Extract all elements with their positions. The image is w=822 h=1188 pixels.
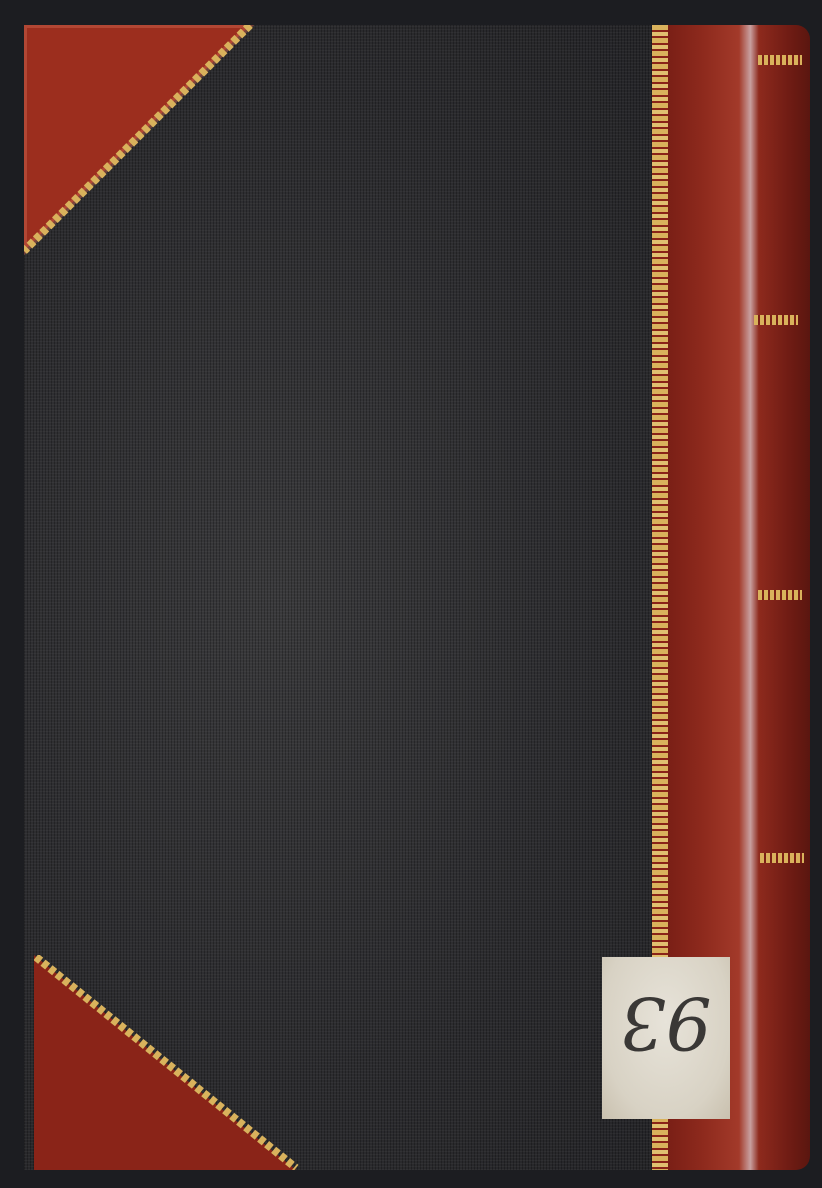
leather-corner-top-left — [24, 25, 256, 257]
book-cover: 93 — [24, 25, 810, 1170]
label-number: 93 — [620, 981, 712, 1065]
gilt-band — [758, 590, 802, 600]
shelf-label: 93 — [602, 957, 730, 1119]
leather-corner-bottom-left — [34, 955, 304, 1170]
gilt-band — [760, 853, 804, 863]
gilt-band — [758, 55, 802, 65]
gilt-band — [754, 315, 798, 325]
